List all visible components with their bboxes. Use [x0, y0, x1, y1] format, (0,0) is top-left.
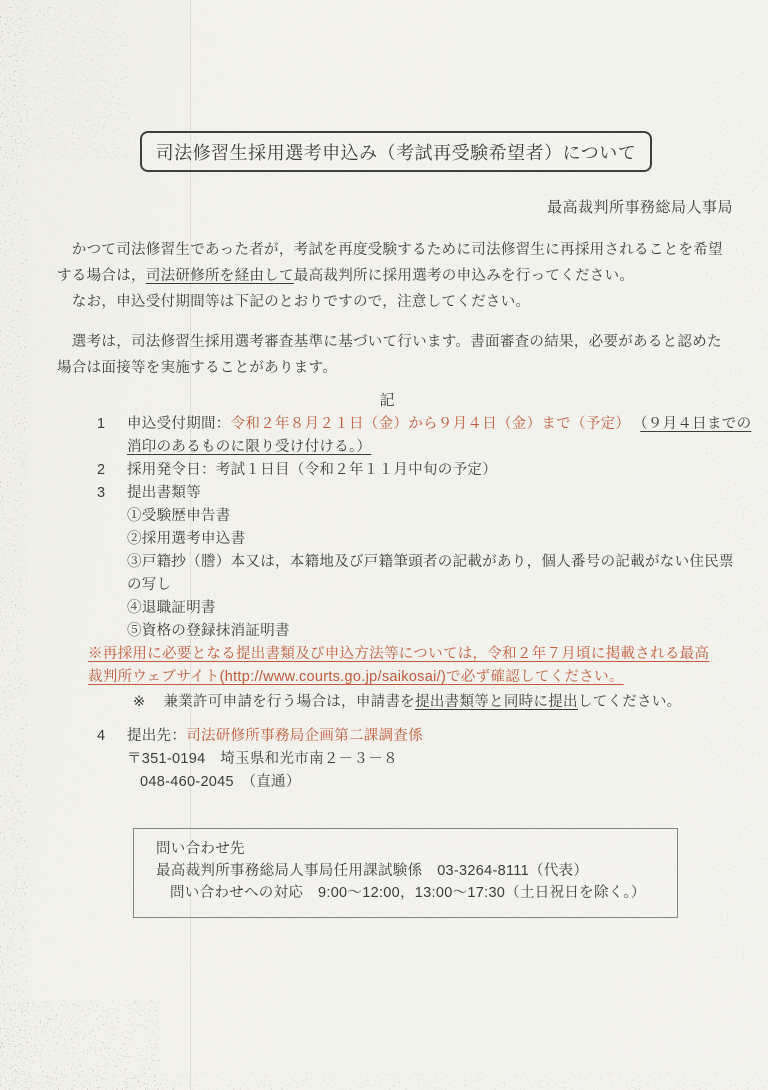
item-number: 4	[97, 725, 127, 748]
intro-paragraph: かつて司法修習生であった者が，考試を再度受験するために司法修習生に再採用されるこ…	[57, 237, 729, 315]
paragraph-line: かつて司法修習生であった者が，考試を再度受験するために司法修習生に再採用されるこ…	[57, 237, 729, 263]
website-note-line: ※再採用に必要となる提出書類及び申込方法等については，令和２年７月頃に掲載される…	[0, 643, 768, 666]
item-number: 3	[97, 482, 127, 505]
documents-label: 提出書類等	[127, 485, 201, 501]
postmark-note: 消印のあるものに限り受け付ける。）	[127, 439, 371, 455]
appointment-date-text: 採用発令日：考試１日目（令和２年１１月中旬の予定）	[127, 462, 497, 478]
contact-box-title: 問い合わせ先	[156, 838, 677, 860]
document-list-item: ⑤資格の登録抹消証明書	[0, 620, 768, 643]
selection-paragraph: 選考は，司法修習生採用選考審査基準に基づいて行います。書面審査の結果，必要がある…	[57, 329, 729, 381]
phone-line: 048-460-2045 （直通）	[0, 771, 768, 794]
item-number: 2	[97, 459, 127, 482]
contact-box: 問い合わせ先 最高裁判所事務総局人事局任用課試験係 03-3264-8111（代…	[133, 828, 678, 918]
side-note: ※兼業許可申請を行う場合は，申請書を提出書類等と同時に提出してください。	[0, 691, 768, 714]
items-list: 1申込受付期間：令和２年８月２１日（金）から９月４日（金）まで（予定）（９月４日…	[0, 413, 768, 794]
item-1-continuation: 消印のあるものに限り受け付ける。）	[0, 436, 768, 459]
paragraph-line: なお，申込受付期間等は下記のとおりですので，注意してください。	[57, 289, 729, 315]
page-title: 司法修習生採用選考申込み（考試再受験希望者）について	[156, 139, 637, 165]
document-list-item: ④退職証明書	[0, 597, 768, 620]
destination-label: 提出先：	[127, 728, 186, 744]
asterisk-marker: ※	[133, 694, 145, 710]
underlined-text: 司法研修所を経由して	[146, 268, 294, 284]
contact-phone-line: 最高裁判所事務総局人事局任用課試験係 03-3264-8111（代表）	[156, 860, 677, 882]
submission-destination: 司法研修所事務局企画第二課調査係	[186, 728, 423, 744]
issuer-line: 最高裁判所事務総局人事局	[0, 196, 733, 217]
record-marker: 記	[57, 389, 717, 410]
item-2-line: 2採用発令日：考試１日目（令和２年１１月中旬の予定）	[0, 459, 768, 482]
paragraph-line: 場合は面接等を実施することがあります。	[57, 355, 729, 381]
address-line: 〒351-0194 埼玉県和光市南２－３－８	[0, 748, 768, 771]
document-list-item: の写し	[0, 574, 768, 597]
contact-hours-line: 問い合わせへの対応 9:00～12:00，13:00～17:30（土日祝日を除く…	[170, 882, 677, 904]
scanned-document-page: 司法修習生採用選考申込み（考試再受験希望者）について 最高裁判所事務総局人事局 …	[0, 0, 768, 1090]
postmark-note: （９月４日までの	[640, 416, 751, 432]
document-list-item: ①受験歴申告書	[0, 505, 768, 528]
item-3-line: 3提出書類等	[0, 482, 768, 505]
item-4-line: 4提出先：司法研修所事務局企画第二課調査係	[0, 725, 768, 748]
paragraph-line: する場合は，司法研修所を経由して最高裁判所に採用選考の申込みを行ってください。	[57, 263, 729, 289]
paragraph-line: 選考は，司法修習生採用選考審査基準に基づいて行います。書面審査の結果，必要がある…	[57, 329, 729, 355]
document-list-item: ③戸籍抄（謄）本又は，本籍地及び戸籍筆頭者の記載があり，個人番号の記載がない住民…	[0, 551, 768, 574]
application-period-label: 申込受付期間：	[127, 416, 231, 432]
website-note-line: 裁判所ウェブサイト(http://www.courts.go.jp/saikos…	[0, 666, 768, 689]
application-period-value: 令和２年８月２１日（金）から９月４日（金）まで（予定）	[231, 416, 631, 432]
underlined-text: 提出書類等と同時に提出	[415, 694, 578, 710]
document-list-item: ②採用選考申込書	[0, 528, 768, 551]
item-number: 1	[97, 413, 127, 436]
title-box: 司法修習生採用選考申込み（考試再受験希望者）について	[140, 131, 652, 172]
item-1-line: 1申込受付期間：令和２年８月２１日（金）から９月４日（金）まで（予定）（９月４日…	[0, 413, 768, 436]
